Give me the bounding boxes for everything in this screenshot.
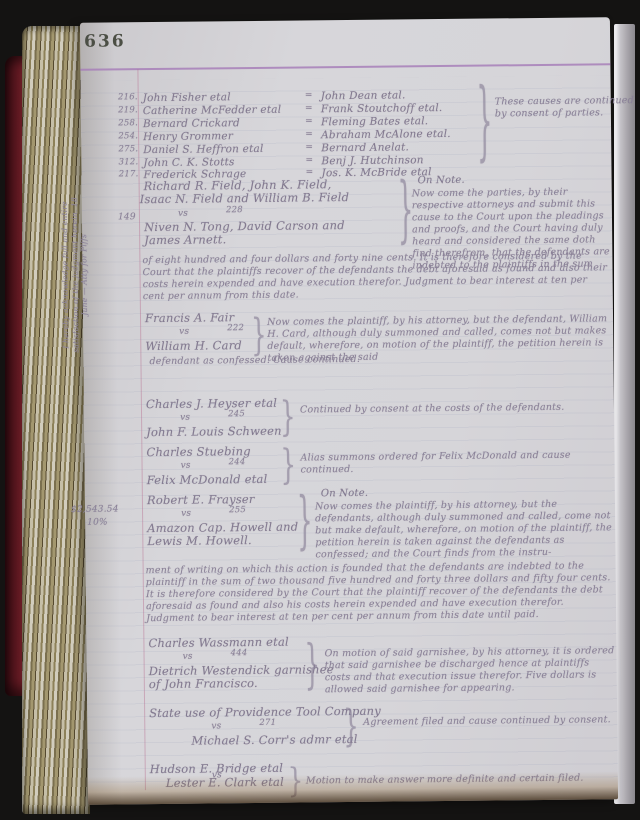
case-number: 444 <box>231 648 248 658</box>
versus-mark: = <box>299 90 319 103</box>
bridge-order-text: Motion to make answer more definite and … <box>306 772 616 787</box>
versus-mark: = <box>299 155 319 168</box>
vs-label: vs <box>181 461 191 471</box>
page-number: 636 <box>84 31 126 51</box>
versus-mark: = <box>299 103 319 116</box>
next-page-edge <box>614 24 635 804</box>
ledger-page: 636 216. John Fisher etal = John Dean et… <box>80 17 618 805</box>
heyser-vs-line: vs245 <box>180 411 245 425</box>
stuebing-defendant: Felix McDonald etal <box>147 473 268 487</box>
frayser-order-title: On Note. <box>321 488 368 499</box>
versus-mark: = <box>299 142 319 155</box>
case-number: 271 <box>259 718 276 728</box>
stuebing-vs-line: vs244 <box>181 459 246 473</box>
bridge-defendant: Lester E. Clark etal <box>166 776 284 790</box>
docket-brace: } <box>476 70 493 171</box>
vs-label: vs <box>178 209 188 219</box>
field-plaintiffs-line2: Isaac N. Field and William B. Field <box>140 191 349 206</box>
stuebing-order-text: Alias summons ordered for Felix McDonald… <box>300 449 610 476</box>
vs-label: vs <box>179 327 189 337</box>
wassmann-defendant-line2: of John Francisco. <box>149 677 258 691</box>
frayser-brace: } <box>297 484 313 557</box>
fair-brace: } <box>251 310 267 361</box>
field-order-title: On Note. <box>418 175 465 186</box>
field-defendants-line2: James Arnett. <box>144 233 226 247</box>
bridge-brace: } <box>288 761 304 800</box>
fair-vs-line: vs222 <box>179 325 244 339</box>
case-number: 219. <box>111 105 141 118</box>
frayser-judgment-amount: $2,543.54 <box>71 504 119 514</box>
frayser-order-continuation: ment of writing on which this action is … <box>146 560 615 625</box>
heyser-order-text: Continued by consent at the costs of the… <box>300 401 600 416</box>
vs-label: vs <box>180 413 190 423</box>
fair-plaintiff: Francis A. Fair <box>145 311 234 325</box>
field-order-continuation: of eight hundred and four dollars and fo… <box>142 250 610 303</box>
continued-causes-list: 216. John Fisher etal = John Dean etal. … <box>111 88 512 183</box>
case-number: 244 <box>229 457 246 467</box>
stuebing-brace: } <box>280 441 296 489</box>
providence-vs-line: vs271 <box>211 720 276 734</box>
frayser-vs-line: vs255 <box>181 507 246 521</box>
heyser-plaintiff: Charles J. Heyser etal <box>146 397 277 411</box>
heyser-brace: } <box>280 393 296 441</box>
wassmann-order-text: On motion of said garnishee, by his atto… <box>324 645 616 696</box>
continuance-note: These causes are continued by consent of… <box>495 95 640 121</box>
case-number: 217. <box>111 170 141 183</box>
case-number: 275. <box>111 144 141 157</box>
ledger-book-photo: 636 216. John Fisher etal = John Dean et… <box>0 0 640 820</box>
case-number: 312. <box>111 157 141 170</box>
fair-defendant: William H. Card <box>145 339 242 353</box>
case-number: 245 <box>228 409 245 419</box>
stacked-page-edges <box>22 26 90 814</box>
case-number: 228 <box>226 205 243 215</box>
providence-brace: } <box>343 701 359 752</box>
vs-label: vs <box>211 721 221 731</box>
wassmann-plaintiff: Charles Wassmann etal <box>148 636 289 650</box>
top-rule-line <box>80 63 610 71</box>
heyser-defendant: John F. Louis Schween <box>146 425 282 439</box>
field-margin-number: 149 <box>118 212 136 222</box>
wassmann-vs-line: vs444 <box>183 650 248 664</box>
frayser-defendants-line2: Lewis M. Howell. <box>147 534 252 548</box>
vs-label: vs <box>183 652 193 662</box>
case-number: 255 <box>229 505 246 515</box>
versus-mark: = <box>299 129 319 142</box>
wassmann-brace: } <box>304 634 320 696</box>
frayser-interest-rate: 10% <box>87 518 108 528</box>
providence-order-text: Agreement filed and cause continued by c… <box>363 714 613 729</box>
providence-defendant: Michael S. Corr's admr etal <box>191 733 357 748</box>
versus-mark: = <box>299 116 319 129</box>
case-number: 216. <box>111 92 141 105</box>
satisfaction-margin-note: I hereby acknowledge full and entire sat… <box>60 191 90 359</box>
case-number: 258. <box>111 118 141 131</box>
satisfaction-margin-note-wrap: I hereby acknowledge full and entire sat… <box>60 191 110 361</box>
case-number: 254. <box>111 131 141 144</box>
frayser-order-text: Now comes the plaintiff, by his attorney… <box>315 498 614 561</box>
fair-order-tail: defendant as confessed. Cause continued. <box>149 352 549 368</box>
vs-label: vs <box>181 509 191 519</box>
case-number: 222 <box>227 323 244 333</box>
